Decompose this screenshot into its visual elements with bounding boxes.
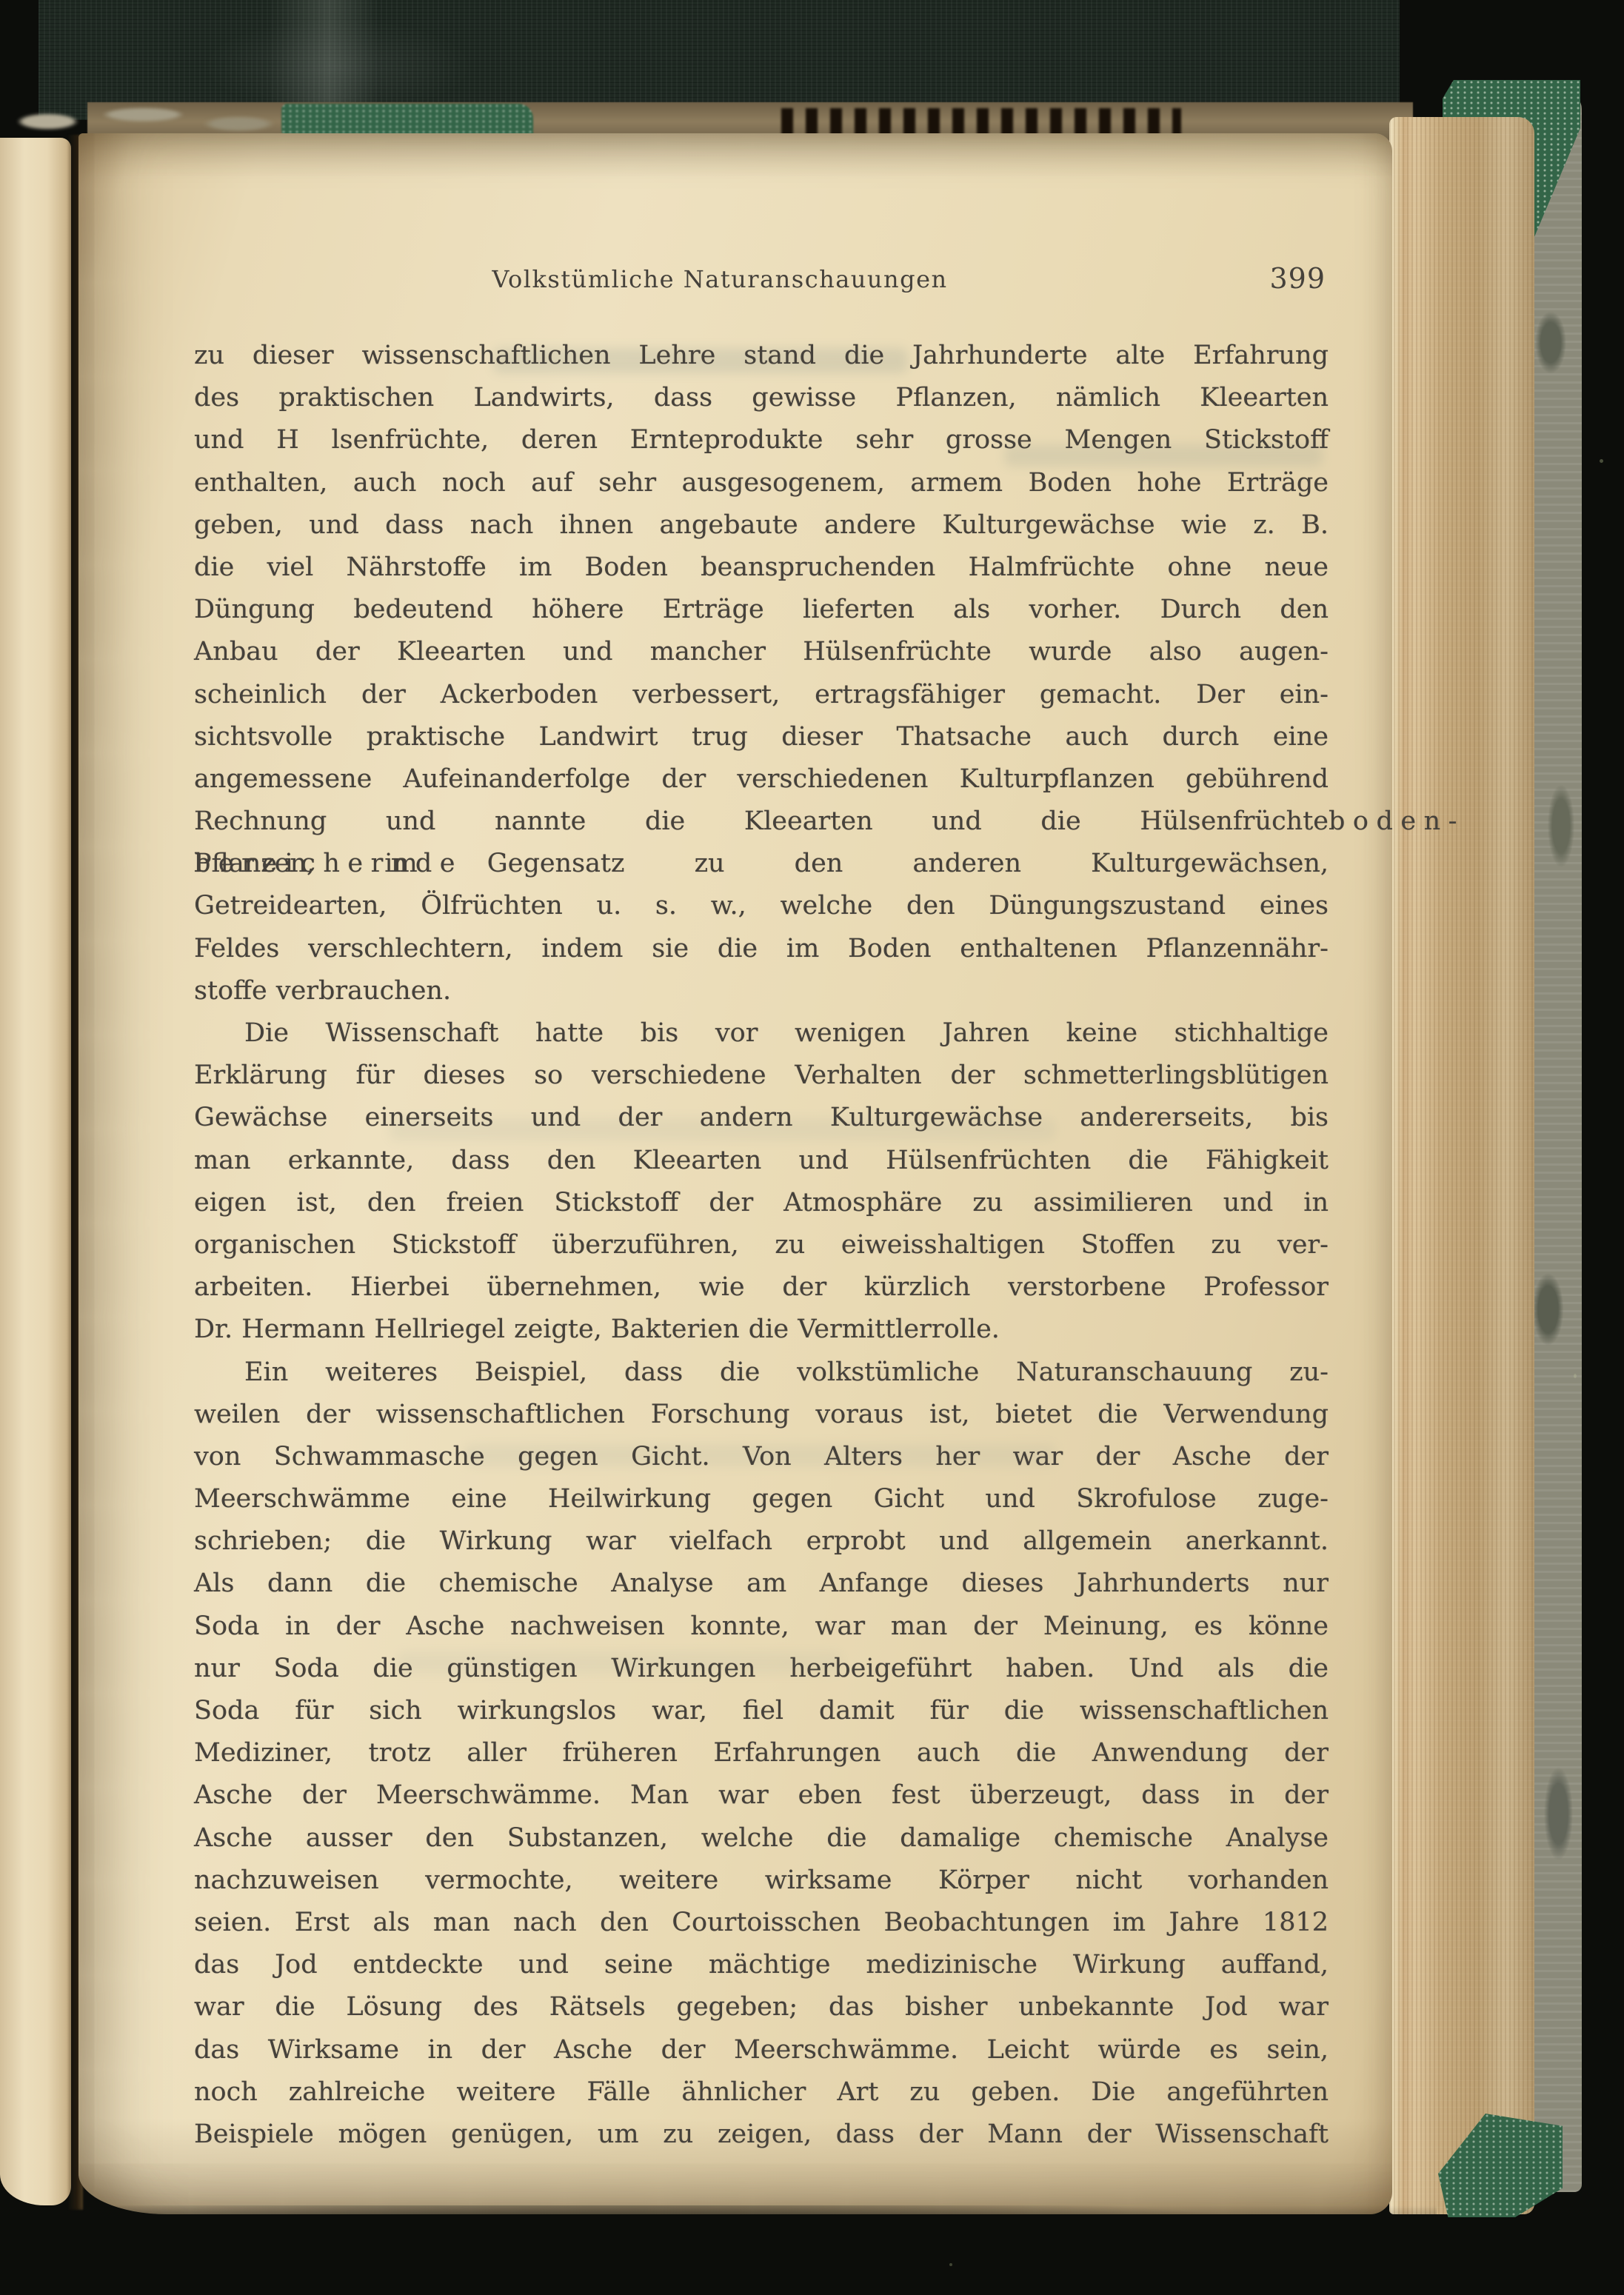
- text-line: noch zahlreiche weitere Fälle ähnlicher …: [194, 2071, 1329, 2114]
- cover-highlight: [268, 0, 379, 118]
- text-line: Ein weiteres Beispiel, dass die volkstüm…: [194, 1352, 1329, 1394]
- text-line: organischen Stickstoff überzuführen, zu …: [194, 1224, 1329, 1266]
- text-line: die viel Nährstoffe im Boden beanspruche…: [194, 547, 1329, 589]
- text-line: Beispiele mögen genügen, um zu zeigen, d…: [194, 2114, 1329, 2156]
- text-line: seien. Erst als man nach den Courtoissch…: [194, 1902, 1329, 1944]
- text-line: Asche der Meerschwämme. Man war eben fes…: [194, 1774, 1329, 1817]
- text-line: das Wirksame in der Asche der Meerschwäm…: [194, 2029, 1329, 2071]
- running-header: Volkstümliche Naturanschauungen 399: [194, 265, 1327, 299]
- page-text: zu dieser wissenschaftlichen Lehre stand…: [194, 335, 1329, 2164]
- text-line: arbeiten. Hierbei übernehmen, wie der kü…: [194, 1266, 1329, 1309]
- letterspaced-word: bereichernde: [194, 843, 463, 885]
- text-line: Düngung bedeutend höhere Erträge liefert…: [194, 589, 1329, 631]
- text-line: Die Wissenschaft hatte bis vor wenigen J…: [194, 1012, 1329, 1055]
- text-line: man erkannte, dass den Kleearten und Hül…: [194, 1140, 1329, 1182]
- text-line: bereichernde Pflanzen, im Gegensatz zu d…: [194, 843, 1329, 885]
- text-line: angemessene Aufeinanderfolge der verschi…: [194, 758, 1329, 801]
- text-line: schrieben; die Wirkung war vielfach erpr…: [194, 1520, 1329, 1563]
- text-line: das Jod entdeckte und seine mächtige med…: [194, 1944, 1329, 1986]
- text-line: Feldes verschlechtern, indem sie die im …: [194, 928, 1329, 970]
- text-line: Getreidearten, Ölfrüchten u. s. w., welc…: [194, 885, 1329, 927]
- left-page-edge: [0, 138, 71, 2205]
- text-line: Soda in der Asche nachweisen konnte, war…: [194, 1606, 1329, 1648]
- text-line: Anbau der Kleearten und mancher Hülsenfr…: [194, 631, 1329, 673]
- text-line: Meerschwämme eine Heilwirkung gegen Gich…: [194, 1478, 1329, 1520]
- text-line: zu dieser wissenschaftlichen Lehre stand…: [194, 335, 1329, 377]
- text-line: war die Lösung des Rätsels gegeben; das …: [194, 1986, 1329, 2028]
- text-line: enthalten, auch noch auf sehr ausgesogen…: [194, 462, 1329, 504]
- letterspaced-word: boden-: [1329, 801, 1465, 843]
- text-line: Mediziner, trotz aller früheren Erfahrun…: [194, 1732, 1329, 1774]
- text-line: von Schwammasche gegen Gicht. Von Alters…: [194, 1436, 1329, 1478]
- page-number: 399: [1269, 262, 1326, 295]
- text-line: Rechnung und nannte die Kleearten und di…: [194, 801, 1329, 843]
- text-line: Gewächse einerseits und der andern Kultu…: [194, 1097, 1329, 1139]
- text-line: nachzuweisen vermochte, weitere wirksame…: [194, 1860, 1329, 1902]
- dust-speck: [1574, 1374, 1577, 1378]
- cover-board-edge: [1530, 90, 1582, 2192]
- running-header-title: Volkstümliche Naturanschauungen: [194, 265, 1246, 293]
- text-line: eigen ist, den freien Stickstoff der Atm…: [194, 1182, 1329, 1224]
- page-fore-edge: [1389, 117, 1534, 2214]
- text-line: Als dann die chemische Analyse am Anfang…: [194, 1563, 1329, 1605]
- text-line: stoffe verbrauchen.: [194, 970, 1329, 1012]
- text-line: geben, und dass nach ihnen angebaute and…: [194, 504, 1329, 547]
- text-line: weilen der wissenschaftlichen Forschung …: [194, 1394, 1329, 1436]
- scanned-book-photo: Volkstümliche Naturanschauungen 399 zu d…: [0, 0, 1624, 2295]
- dust-speck: [1600, 459, 1603, 463]
- text-line: Erklärung für dieses so verschiedene Ver…: [194, 1055, 1329, 1097]
- text-line: und H lsenfrüchte, deren Ernteprodukte s…: [194, 419, 1329, 461]
- text-line: Soda für sich wirkungslos war, fiel dami…: [194, 1690, 1329, 1732]
- bottom-shadow: [0, 2205, 1437, 2295]
- text-line: des praktischen Landwirts, dass gewisse …: [194, 377, 1329, 419]
- text-line: Dr. Hermann Hellriegel zeigte, Bakterien…: [194, 1309, 1329, 1351]
- dust-speck: [949, 2263, 952, 2266]
- text-line: nur Soda die günstigen Wirkungen herbeig…: [194, 1648, 1329, 1690]
- text-line: scheinlich der Ackerboden verbessert, er…: [194, 674, 1329, 716]
- text-line: Asche ausser den Substanzen, welche die …: [194, 1817, 1329, 1860]
- text-line: sichtsvolle praktische Landwirt trug die…: [194, 716, 1329, 758]
